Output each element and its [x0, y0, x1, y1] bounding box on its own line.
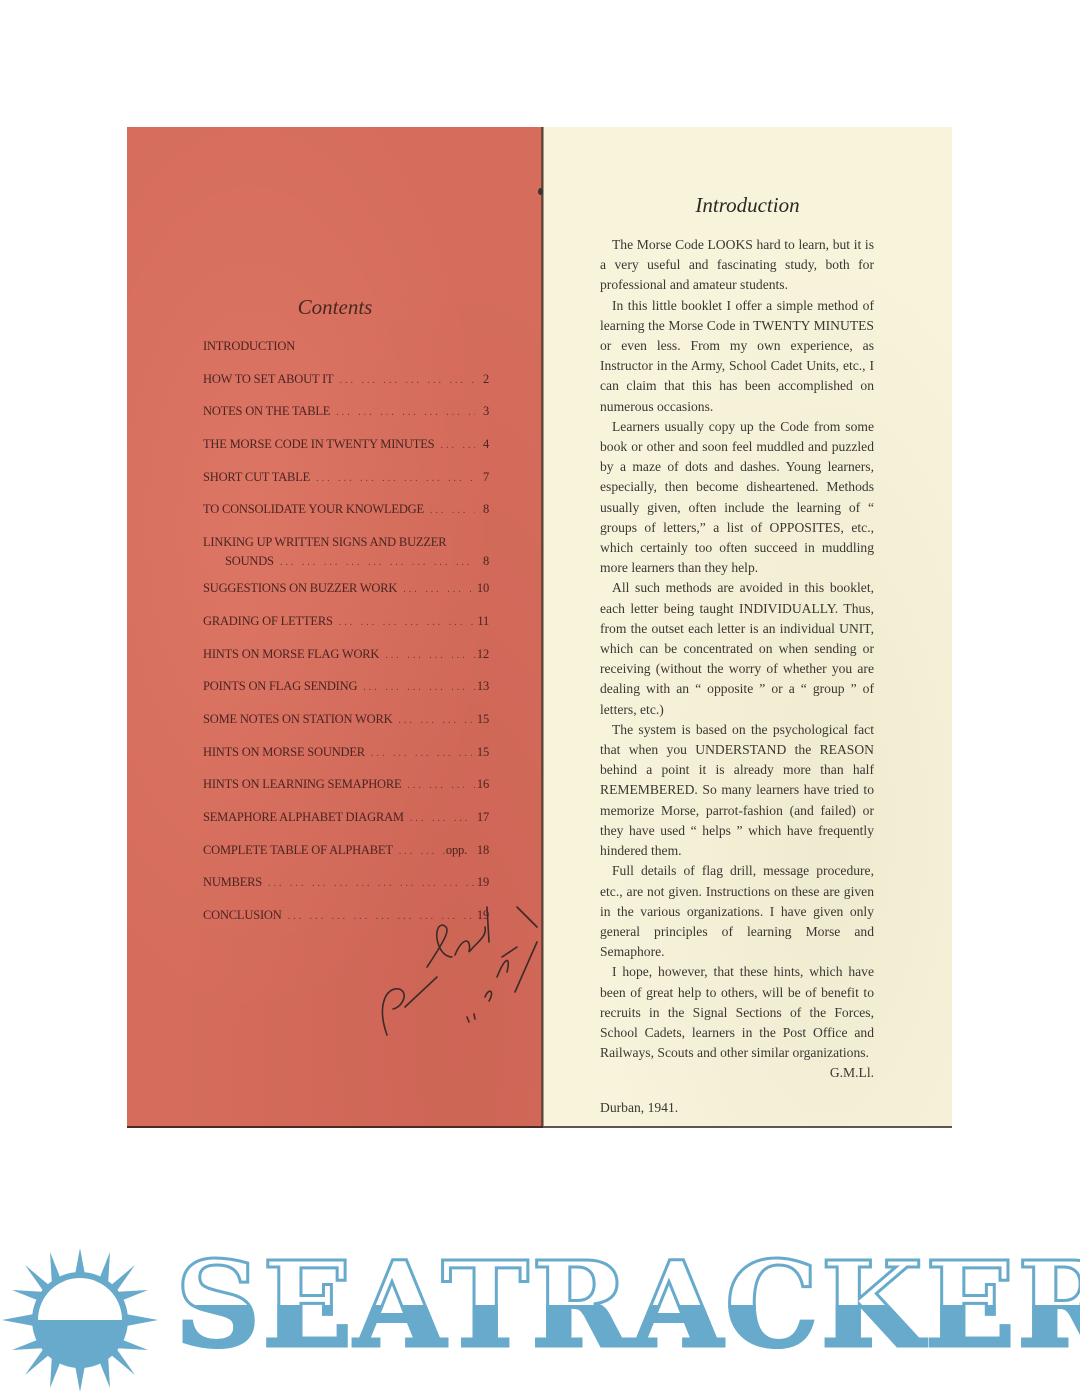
- toc-entry: SHORT CUT TABLE ... ... ... ... ... ... …: [203, 470, 489, 503]
- toc-entry: INTRODUCTION: [203, 339, 489, 372]
- toc-entry: HINTS ON LEARNING SEMAPHORE ... ... ... …: [203, 777, 489, 810]
- dot-leader: ... ... ... ... ... ... ... ... ... ... …: [379, 650, 475, 661]
- toc-entry: HINTS ON MORSE FLAG WORK ... ... ... ...…: [203, 647, 489, 680]
- booklet-spine: [541, 127, 544, 1126]
- dot-leader: ... ... ... ... ... ... ... ... ... ... …: [365, 748, 475, 759]
- dot-leader: ... ... ... ... ... ... ... ... ... ... …: [424, 505, 475, 516]
- toc-entry: POINTS ON FLAG SENDING ... ... ... ... .…: [203, 679, 489, 712]
- dot-leader: ... ... ... ... ... ... ... ... ... ... …: [310, 473, 475, 484]
- toc-page-number: 4: [475, 437, 489, 452]
- toc-entry: LINKING UP WRITTEN SIGNS AND BUZZER SOUN…: [203, 535, 489, 569]
- toc-page-number: 15: [475, 745, 489, 760]
- toc-page-number: 8: [475, 502, 489, 517]
- toc-page-number: 11: [475, 614, 489, 629]
- toc-entry: NOTES ON THE TABLE ... ... ... ... ... .…: [203, 404, 489, 437]
- toc-entry: HOW TO SET ABOUT IT ... ... ... ... ... …: [203, 372, 489, 405]
- toc-page-number: 18: [475, 843, 489, 858]
- watermark-text: SEATRACKER.RU: [175, 1246, 1080, 1364]
- introduction-body: The Morse Code LOOKS hard to learn, but …: [600, 235, 874, 1118]
- dot-leader: ... ... ... ... ... ... ... ... ... ... …: [393, 846, 446, 857]
- site-watermark: SEATRACKER.RU: [0, 1240, 1080, 1397]
- booklet-scan: Contents INTRODUCTION HOW TO SET ABOUT I…: [127, 127, 952, 1127]
- paragraph: The Morse Code LOOKS hard to learn, but …: [600, 235, 874, 296]
- toc-page-number: 16: [475, 777, 489, 792]
- contents-heading: Contents: [127, 295, 543, 320]
- staple-mark: [538, 188, 543, 195]
- toc-page-number: 15: [475, 712, 489, 727]
- dot-leader: ... ... ... ... ... ... ... ... ... ... …: [404, 813, 475, 824]
- toc-entry: SUGGESTIONS ON BUZZER WORK ... ... ... .…: [203, 581, 489, 614]
- dot-leader: ... ... ... ... ... ... ... ... ... ... …: [401, 780, 475, 791]
- toc-page-number: 13: [475, 679, 489, 694]
- toc-entry: SOME NOTES ON STATION WORK ... ... ... .…: [203, 712, 489, 745]
- handwritten-signature: [377, 897, 547, 1037]
- toc-entry: HINTS ON MORSE SOUNDER ... ... ... ... .…: [203, 745, 489, 778]
- introduction-page: Introduction The Morse Code LOOKS hard t…: [543, 127, 952, 1128]
- toc-page-number: 2: [475, 372, 489, 387]
- place-date: Durban, 1941.: [600, 1098, 874, 1118]
- paragraph: The system is based on the psychological…: [600, 720, 874, 861]
- toc-page-number: 3: [475, 404, 489, 419]
- paragraph: I hope, however, that these hints, which…: [600, 962, 874, 1063]
- toc-page-number: 8: [475, 554, 489, 569]
- table-of-contents: INTRODUCTION HOW TO SET ABOUT IT ... ...…: [203, 339, 489, 941]
- paragraph: Learners usually copy up the Code from s…: [600, 417, 874, 579]
- dot-leader: ... ... ... ... ... ... ... ... ... ... …: [330, 407, 475, 418]
- toc-entry: TO CONSOLIDATE YOUR KNOWLEDGE ... ... ..…: [203, 502, 489, 535]
- introduction-heading: Introduction: [543, 193, 952, 218]
- toc-entry: SEMAPHORE ALPHABET DIAGRAM ... ... ... .…: [203, 810, 489, 843]
- dot-leader: ... ... ... ... ... ... ... ... ... ... …: [262, 878, 475, 889]
- sun-icon: [0, 1240, 160, 1397]
- dot-leader: ... ... ... ... ... ... ... ... ... ... …: [434, 440, 475, 451]
- toc-opp-prefix: opp.: [446, 843, 467, 858]
- toc-page-number: 19: [475, 875, 489, 890]
- dot-leader: ... ... ... ... ... ... ... ... ... ... …: [357, 682, 475, 693]
- paragraph: Full details of flag drill, message proc…: [600, 861, 874, 962]
- dot-leader: ... ... ... ... ... ... ... ... ... ... …: [333, 375, 475, 386]
- toc-page-number: 17: [475, 810, 489, 825]
- contents-page: Contents INTRODUCTION HOW TO SET ABOUT I…: [127, 127, 543, 1128]
- toc-page-number: 7: [475, 470, 489, 485]
- toc-page-number: 12: [475, 647, 489, 662]
- toc-entry: GRADING OF LETTERS ... ... ... ... ... .…: [203, 614, 489, 647]
- dot-leader: ... ... ... ... ... ... ... ... ... ... …: [397, 584, 475, 595]
- toc-entry: COMPLETE TABLE OF ALPHABET ... ... ... .…: [203, 843, 489, 876]
- dot-leader: ... ... ... ... ... ... ... ... ... ... …: [392, 715, 475, 726]
- dot-leader: ... ... ... ... ... ... ... ... ... ... …: [274, 557, 475, 568]
- paragraph: All such methods are avoided in this boo…: [600, 578, 874, 719]
- paragraph: In this little booklet I offer a simple …: [600, 296, 874, 417]
- toc-entry: THE MORSE CODE IN TWENTY MINUTES ... ...…: [203, 437, 489, 470]
- toc-page-number: 10: [475, 581, 489, 596]
- dot-leader: ... ... ... ... ... ... ... ... ... ... …: [333, 617, 475, 628]
- author-initials: G.M.Ll.: [600, 1063, 874, 1083]
